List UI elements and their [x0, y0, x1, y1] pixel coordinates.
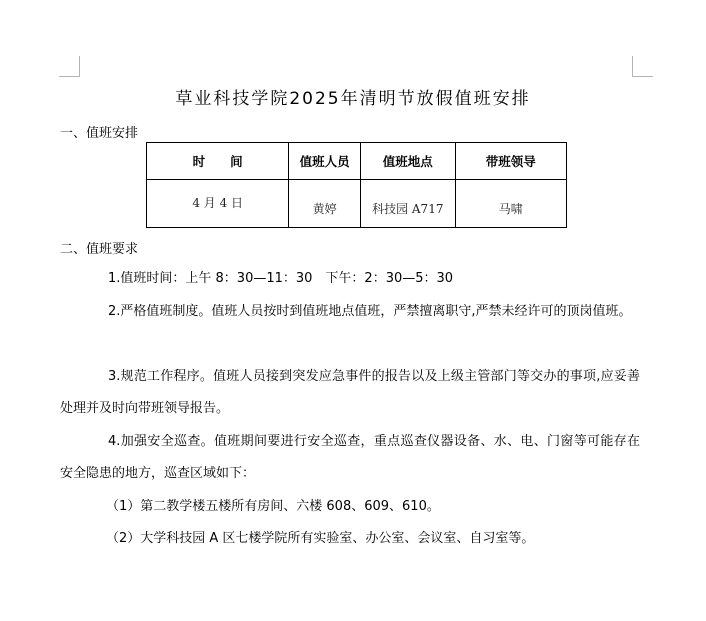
requirement-item-4: 4.加强安全巡查。值班期间要进行安全巡查，重点巡查仪器设备、水、电、门窗等可能存… — [60, 426, 640, 490]
header-time: 时 间 — [147, 143, 289, 180]
document-page: 草业科技学院2025年清明节放假值班安排 一、值班安排 时 间 值班人员 值班地… — [0, 0, 706, 621]
header-lead: 带班领导 — [455, 143, 566, 180]
table-header-row: 时 间 值班人员 值班地点 带班领导 — [147, 143, 567, 180]
cell-person: 黄婷 — [289, 180, 361, 228]
document-title: 草业科技学院2025年清明节放假值班安排 — [0, 84, 706, 109]
cell-location: 科技园 A717 — [360, 180, 455, 228]
section-heading-duty-requirements: 二、值班要求 — [60, 238, 138, 257]
header-duty-person: 值班人员 — [289, 143, 361, 180]
header-duty-location: 值班地点 — [360, 143, 455, 180]
cell-lead: 马啸 — [455, 180, 566, 228]
table-row: 4 月 4 日 黄婷 科技园 A717 马啸 — [147, 180, 567, 228]
requirement-item-2: 2.严格值班制度。值班人员按时到值班地点值班，严禁擅离职守,严禁未经许可的顶岗值… — [60, 296, 640, 328]
requirement-item-3: 3.规范工作程序。值班人员接到突发应急事件的报告以及上级主管部门等交办的事项,应… — [60, 361, 640, 425]
margin-corner-mark-top-right — [632, 56, 653, 77]
section-heading-duty-arrangement: 一、值班安排 — [60, 122, 138, 141]
requirement-item-1: 1.值班时间：上午 8：30—11：30 下午：2：30—5：30 — [60, 263, 640, 295]
cell-date: 4 月 4 日 — [147, 180, 289, 228]
patrol-area-item-1: （1）第二教学楼五楼所有房间、六楼 608、609、610。 — [60, 491, 686, 523]
margin-corner-mark-top-left — [59, 56, 80, 77]
duty-schedule-table: 时 间 值班人员 值班地点 带班领导 4 月 4 日 黄婷 科技园 A717 马… — [146, 142, 567, 228]
patrol-area-item-2: （2）大学科技园 A 区七楼学院所有实验室、办公室、会议室、自习室等。 — [60, 523, 686, 555]
